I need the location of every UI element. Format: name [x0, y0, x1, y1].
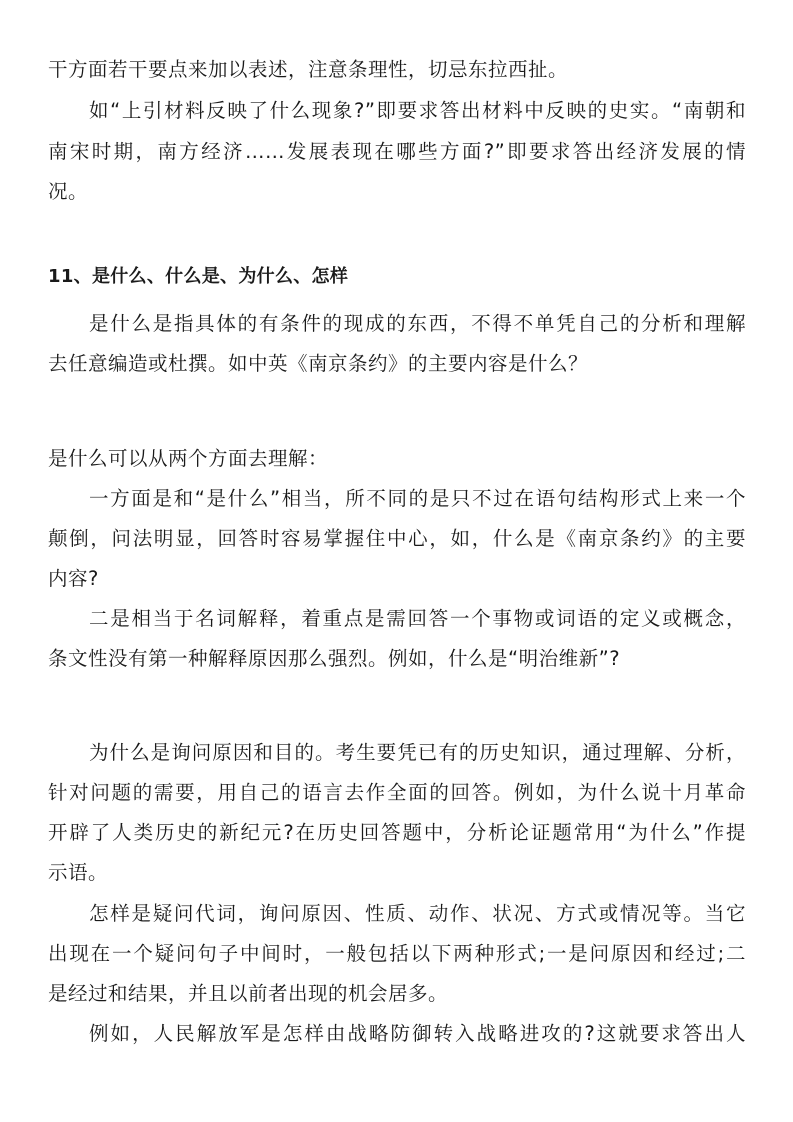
paragraph-line: 颠倒，问法明显，回答时容易掌握住中心，如，什么是《南京条约》的主要 — [48, 519, 746, 559]
paragraph-line: 一方面是和“是什么”相当，所不同的是只不过在语句结构形式上来一个 — [48, 479, 746, 519]
paragraph-line: 为什么是询问原因和目的。考生要凭已有的历史知识，通过理解、分析， — [48, 733, 746, 773]
subsection-intro: 是什么可以从两个方面去理解： — [48, 439, 746, 479]
paragraph-line: 怎样是疑问代词，询问原因、性质、动作、状况、方式或情况等。当它 — [48, 894, 746, 934]
paragraph-line: 示语。 — [48, 853, 746, 893]
paragraph-line: 例如，人民解放军是怎样由战略防御转入战略进攻的?这就要求答出人 — [48, 1014, 746, 1054]
paragraph-line: 况。 — [48, 172, 746, 212]
paragraph-line: 是经过和结果，并且以前者出现的机会居多。 — [48, 974, 746, 1014]
paragraph-line: 干方面若干要点来加以表述，注意条理性，切忌东拉西扯。 — [48, 50, 746, 90]
paragraph-line: 去任意编造或杜撰。如中英《南京条约》的主要内容是什么？ — [48, 344, 746, 384]
paragraph-line: 内容? — [48, 559, 746, 599]
paragraph-line: 是什么是指具体的有条件的现成的东西，不得不单凭自己的分析和理解 — [48, 304, 746, 344]
paragraph-line: 针对问题的需要，用自己的语言去作全面的回答。例如，为什么说十月革命 — [48, 773, 746, 813]
paragraph-line: 如“上引材料反映了什么现象?”即要求答出材料中反映的史实。“南朝和 — [48, 91, 746, 131]
paragraph-line: 开辟了人类历史的新纪元?在历史回答题中，分析论证题常用“为什么”作提 — [48, 813, 746, 853]
paragraph-line: 条文性没有第一种解释原因那么强烈。例如，什么是“明治维新”? — [48, 639, 746, 679]
paragraph-line: 出现在一个疑问句子中间时，一般包括以下两种形式;一是问原因和经过;二 — [48, 934, 746, 974]
section-heading: 11、是什么、什么是、为什么、怎样 — [48, 257, 746, 297]
paragraph-line: 南宋时期，南方经济……发展表现在哪些方面?”即要求答出经济发展的情 — [48, 132, 746, 172]
paragraph-line: 二是相当于名词解释，着重点是需回答一个事物或词语的定义或概念， — [48, 599, 746, 639]
